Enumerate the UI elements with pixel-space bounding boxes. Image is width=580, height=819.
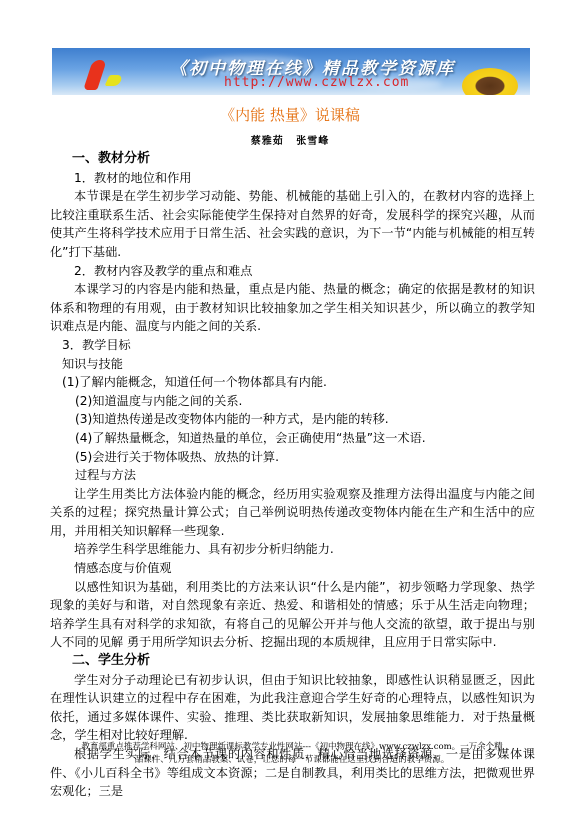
paragraph: 以感性知识为基础，利用类比的方法来认识“什么是内能”，初步领略力学现象、热学现象… <box>50 578 535 652</box>
subsection-heading: 2．教材内容及教学的重点和难点 <box>50 262 535 281</box>
goal-item: (5)会进行关于物体吸热、放热的计算. <box>50 448 535 467</box>
goal-category: 情感态度与价值观 <box>50 559 535 578</box>
document-authors: 蔡雅茹 张雪峰 <box>0 132 580 147</box>
paragraph: 本课学习的内容是内能和热量，重点是内能、热量的概念；确定的依据是教材的知识体系和… <box>50 280 535 336</box>
czwlzx-logo-icon-accent <box>104 75 123 86</box>
subsection-heading: 1．教材的地位和作用 <box>50 169 535 188</box>
goal-item: (2)知道温度与内能之间的关系. <box>50 392 535 411</box>
document-body: 一、教材分析 1．教材的地位和作用 本节课是在学生初步学习动能、势能、机械能的基… <box>50 150 535 801</box>
footer-line: 品课件、几万套精品教案、试卷，让您的每一节课都能在这里找到合适的教学资源。 <box>52 754 532 767</box>
site-banner[interactable]: 《初中物理在线》精品教学资源库 http://www.czwlzx.com <box>52 48 530 95</box>
page-footer: 教育部重点推荐学科网站、初中物理新课标教学专业性网站---《初中物理在线》www… <box>52 741 532 767</box>
banner-url-link[interactable]: http://www.czwlzx.com <box>224 75 409 90</box>
document-title: 《内能 热量》说课稿 <box>0 104 580 125</box>
paragraph: 培养学生科学思维能力、具有初步分析归纳能力. <box>50 540 535 559</box>
goal-category: 过程与方法 <box>50 466 535 485</box>
goal-item: (4)了解热量概念，知道热量的单位，会正确使用“热量”这一术语. <box>50 429 535 448</box>
section-heading: 二、学生分析 <box>50 652 535 671</box>
czwlzx-logo-icon <box>83 60 107 90</box>
goal-item: (3)知道热传递是改变物体内能的一种方式，是内能的转移. <box>50 410 535 429</box>
section-heading: 一、教材分析 <box>50 150 535 169</box>
goal-category: 知识与技能 <box>50 355 535 374</box>
goal-item: (1)了解内能概念，知道任何一个物体都具有内能. <box>50 373 535 392</box>
subsection-heading: 3．教学目标 <box>50 336 535 355</box>
paragraph: 让学生用类比方法体验内能的概念，经历用实验观察及推理方法得出温度与内能之间关系的… <box>50 485 535 541</box>
footer-line: 教育部重点推荐学科网站、初中物理新课标教学专业性网站---《初中物理在线》www… <box>52 741 532 754</box>
paragraph: 本节课是在学生初步学习动能、势能、机械能的基础上引入的，在教材内容的选择上比较注… <box>50 187 535 261</box>
paragraph: 学生对分子动理论已有初步认识，但由于知识比较抽象，即感性认识稍显匮乏，因此在理性… <box>50 671 535 745</box>
sunflower-icon <box>462 68 518 95</box>
